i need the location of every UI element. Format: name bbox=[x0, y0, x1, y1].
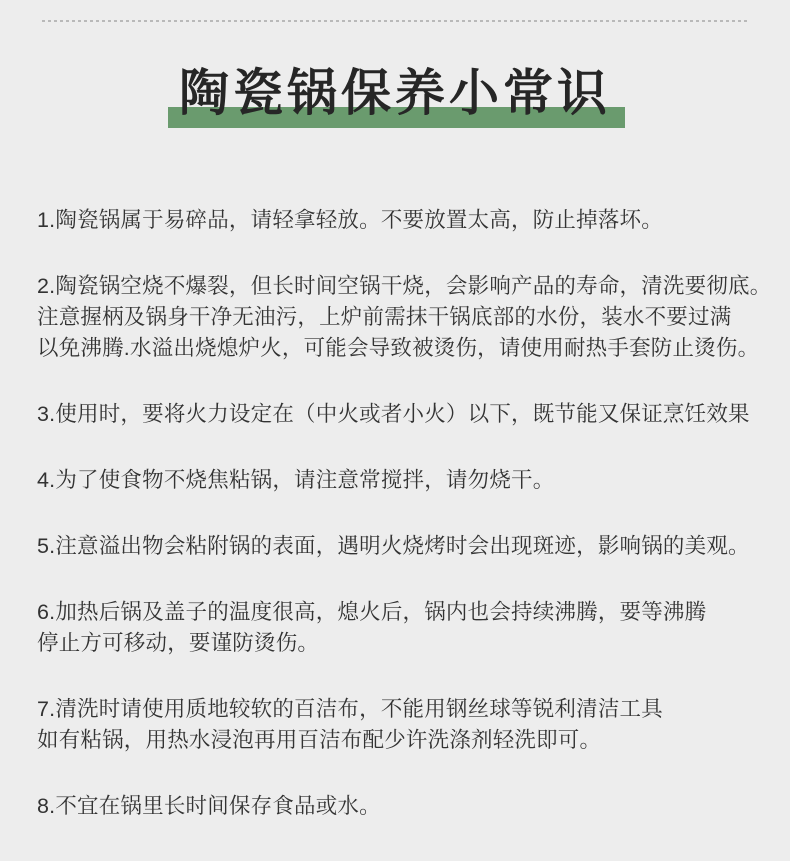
page-title: 陶瓷锅保养小常识 bbox=[0, 68, 790, 118]
tip-item: 6.加热后锅及盖子的温度很高，熄火后，锅内也会持续沸腾，要等沸腾停止方可移动，要… bbox=[37, 597, 767, 659]
tips-list: 1.陶瓷锅属于易碎品，请轻拿轻放。不要放置太高，防止掉落坏。2.陶瓷锅空烧不爆裂… bbox=[37, 205, 767, 822]
tip-line: 停止方可移动，要谨防烫伤。 bbox=[37, 628, 767, 659]
tip-line: 6.加热后锅及盖子的温度很高，熄火后，锅内也会持续沸腾，要等沸腾 bbox=[37, 597, 767, 628]
tip-item: 8.不宜在锅里长时间保存食品或水。 bbox=[37, 791, 767, 822]
tip-item: 1.陶瓷锅属于易碎品，请轻拿轻放。不要放置太高，防止掉落坏。 bbox=[37, 205, 767, 236]
tip-line: 2.陶瓷锅空烧不爆裂，但长时间空锅干烧，会影响产品的寿命，清洗要彻底。 bbox=[37, 271, 767, 302]
tip-line: 8.不宜在锅里长时间保存食品或水。 bbox=[37, 791, 767, 822]
tip-item: 2.陶瓷锅空烧不爆裂，但长时间空锅干烧，会影响产品的寿命，清洗要彻底。注意握柄及… bbox=[37, 271, 767, 364]
tip-line: 4.为了使食物不烧焦粘锅，请注意常搅拌，请勿烧干。 bbox=[37, 465, 767, 496]
tip-line: 注意握柄及锅身干净无油污，上炉前需抹干锅底部的水份，装水不要过满 bbox=[37, 302, 767, 333]
tip-item: 3.使用时，要将火力设定在（中火或者小火）以下，既节能又保证烹饪效果 bbox=[37, 399, 767, 430]
tip-line: 如有粘锅，用热水浸泡再用百洁布配少许洗涤剂轻洗即可。 bbox=[37, 725, 767, 756]
tip-line: 5.注意溢出物会粘附锅的表面，遇明火烧烤时会出现斑迹，影响锅的美观。 bbox=[37, 531, 767, 562]
tip-line: 1.陶瓷锅属于易碎品，请轻拿轻放。不要放置太高，防止掉落坏。 bbox=[37, 205, 767, 236]
tip-line: 3.使用时，要将火力设定在（中火或者小火）以下，既节能又保证烹饪效果 bbox=[37, 399, 767, 430]
tip-line: 以免沸腾.水溢出烧熄炉火，可能会导致被烫伤，请使用耐热手套防止烫伤。 bbox=[37, 333, 767, 364]
tip-item: 7.清洗时请使用质地较软的百洁布，不能用钢丝球等锐利清洁工具如有粘锅，用热水浸泡… bbox=[37, 694, 767, 756]
tip-item: 5.注意溢出物会粘附锅的表面，遇明火烧烤时会出现斑迹，影响锅的美观。 bbox=[37, 531, 767, 562]
tip-item: 4.为了使食物不烧焦粘锅，请注意常搅拌，请勿烧干。 bbox=[37, 465, 767, 496]
tip-line: 7.清洗时请使用质地较软的百洁布，不能用钢丝球等锐利清洁工具 bbox=[37, 694, 767, 725]
care-instructions-page: 陶瓷锅保养小常识 1.陶瓷锅属于易碎品，请轻拿轻放。不要放置太高，防止掉落坏。2… bbox=[0, 0, 790, 861]
title-banner: 陶瓷锅保养小常识 bbox=[0, 0, 790, 140]
